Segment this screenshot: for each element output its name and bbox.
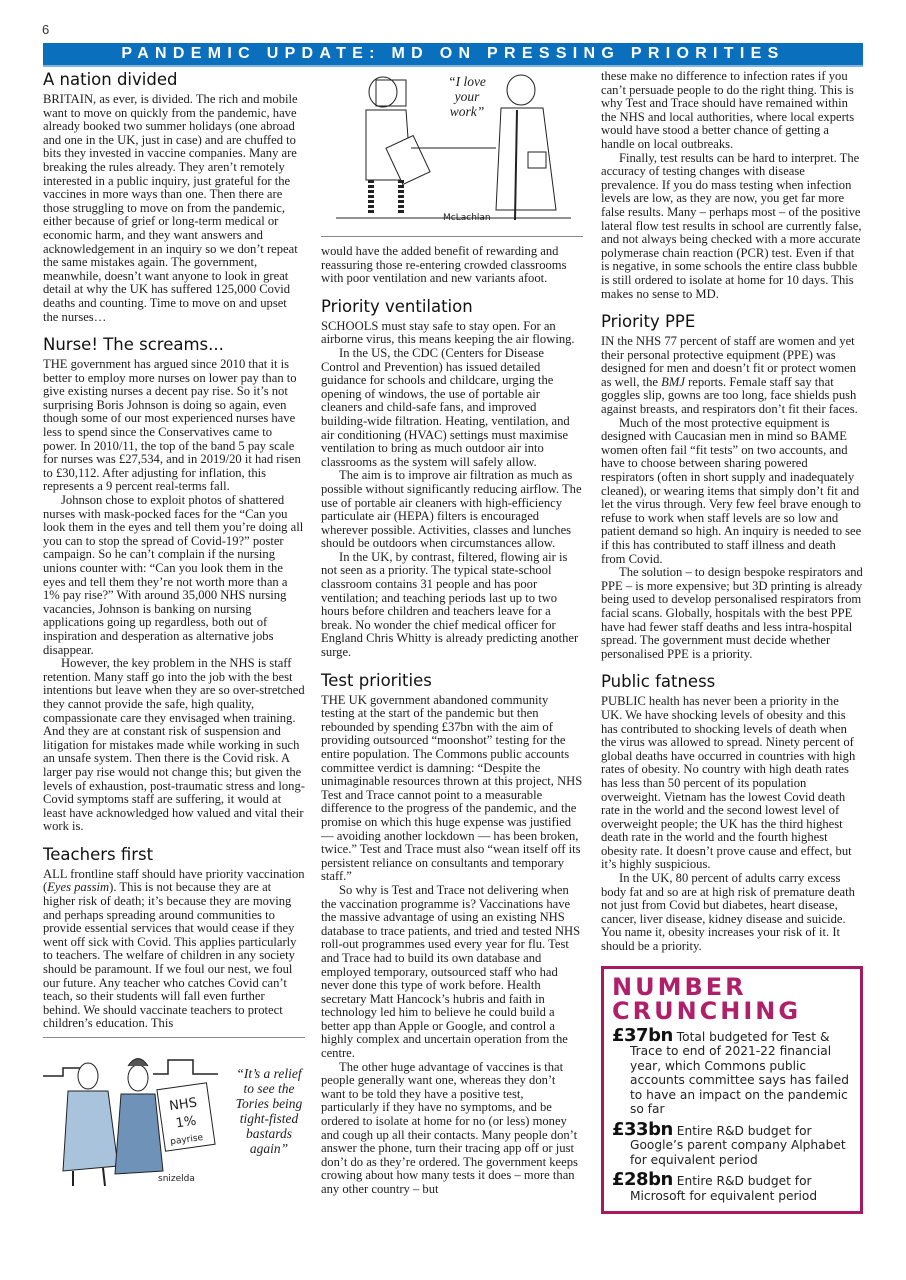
heading-nation-divided: A nation divided <box>43 70 305 90</box>
paragraph: BRITAIN, as ever, is divided. The rich a… <box>43 93 305 324</box>
paragraph: The solution – to design bespoke respira… <box>601 566 863 661</box>
cartoon-caption-love-work: “I love your work” <box>437 74 497 119</box>
paragraph: Much of the most protective equipment is… <box>601 417 863 567</box>
paragraph: IN the NHS 77 percent of staff are women… <box>601 335 863 417</box>
paragraph: these make no difference to infection ra… <box>601 70 863 152</box>
teachers-continuation: would have the added benefit of rewardin… <box>321 245 583 286</box>
test-continuation: these make no difference to infection ra… <box>601 70 863 301</box>
paragraph: However, the key problem in the NHS is s… <box>43 657 305 834</box>
heading-teachers: Teachers first <box>43 845 305 865</box>
number-crunching-item: £33bnEntire R&D budget for Google’s pare… <box>612 1123 852 1168</box>
cartoon-caption-payrise: “It’s a relief to see the Tories being t… <box>231 1066 307 1156</box>
article-teachers: Teachers first ALL frontline staff shoul… <box>43 845 305 1031</box>
paragraph: SCHOOLS must stay safe to stay open. For… <box>321 320 583 347</box>
paragraph: THE government has argued since 2010 tha… <box>43 358 305 494</box>
page-number: 6 <box>42 22 49 37</box>
svg-text:1%: 1% <box>175 1114 198 1132</box>
paragraph: The other huge advantage of vaccines is … <box>321 1061 583 1197</box>
cartoon-payrise: NHS 1% payrise snizelda “It’s a relief t… <box>43 1046 305 1186</box>
italic-reference: Eyes passim <box>47 880 109 894</box>
paragraph: Johnson chose to exploit photos of shatt… <box>43 494 305 657</box>
figure-amount: £28bn <box>612 1169 673 1190</box>
paragraph: Finally, test results can be hard to int… <box>601 152 863 302</box>
divider <box>321 236 583 237</box>
section-banner: PANDEMIC UPDATE: MD ON PRESSING PRIORITI… <box>43 43 863 67</box>
svg-text:McLachlan: McLachlan <box>443 213 491 223</box>
text-run: ). This is not because they are at highe… <box>43 880 296 1030</box>
italic-reference: BMJ <box>661 375 685 389</box>
paragraph: would have the added benefit of rewardin… <box>321 245 583 286</box>
paragraph: In the UK, by contrast, filtered, flowin… <box>321 551 583 660</box>
number-crunching-box: NUMBER CRUNCHING £37bnTotal budgeted for… <box>601 966 863 1215</box>
paragraph: In the US, the CDC (Centers for Disease … <box>321 347 583 469</box>
figure-amount: £37bn <box>612 1025 673 1046</box>
number-crunching-title-line2: CRUNCHING <box>612 999 852 1023</box>
cartoon-nurse: McLachlan “I love your work” <box>321 70 583 230</box>
heading-nurse: Nurse! The screams... <box>43 335 305 355</box>
divider <box>43 1037 305 1038</box>
paragraph: The aim is to improve air filtration as … <box>321 469 583 551</box>
article-nurse: Nurse! The screams... THE government has… <box>43 335 305 834</box>
paragraph: ALL frontline staff should have priority… <box>43 868 305 1031</box>
heading-ppe: Priority PPE <box>601 312 863 332</box>
cartoon-illustration-icon: NHS 1% payrise snizelda <box>43 1046 228 1186</box>
paragraph: In the UK, 80 percent of adults carry ex… <box>601 872 863 954</box>
heading-ventilation: Priority ventilation <box>321 297 583 317</box>
paragraph: THE UK government abandoned community te… <box>321 694 583 884</box>
heading-test: Test priorities <box>321 671 583 691</box>
paragraph: So why is Test and Trace not delivering … <box>321 884 583 1061</box>
number-crunching-item: £37bnTotal budgeted for Test & Trace to … <box>612 1029 852 1117</box>
article-ppe: Priority PPE IN the NHS 77 percent of st… <box>601 312 863 661</box>
figure-amount: £33bn <box>612 1119 673 1140</box>
paragraph: PUBLIC health has never been a priority … <box>601 695 863 872</box>
column-1: A nation divided BRITAIN, as ever, is di… <box>43 70 305 1186</box>
number-crunching-title-line1: NUMBER <box>612 975 852 999</box>
article-fatness: Public fatness PUBLIC health has never b… <box>601 672 863 953</box>
number-crunching-item: £28bnEntire R&D budget for Microsoft for… <box>612 1173 852 1203</box>
svg-text:snizelda: snizelda <box>158 1174 195 1184</box>
heading-fatness: Public fatness <box>601 672 863 692</box>
column-3: these make no difference to infection ra… <box>601 70 863 1214</box>
article-ventilation: Priority ventilation SCHOOLS must stay s… <box>321 297 583 660</box>
article-test: Test priorities THE UK government abando… <box>321 671 583 1197</box>
column-2: McLachlan “I love your work” would have … <box>321 70 583 1208</box>
article-nation-divided: A nation divided BRITAIN, as ever, is di… <box>43 70 305 324</box>
